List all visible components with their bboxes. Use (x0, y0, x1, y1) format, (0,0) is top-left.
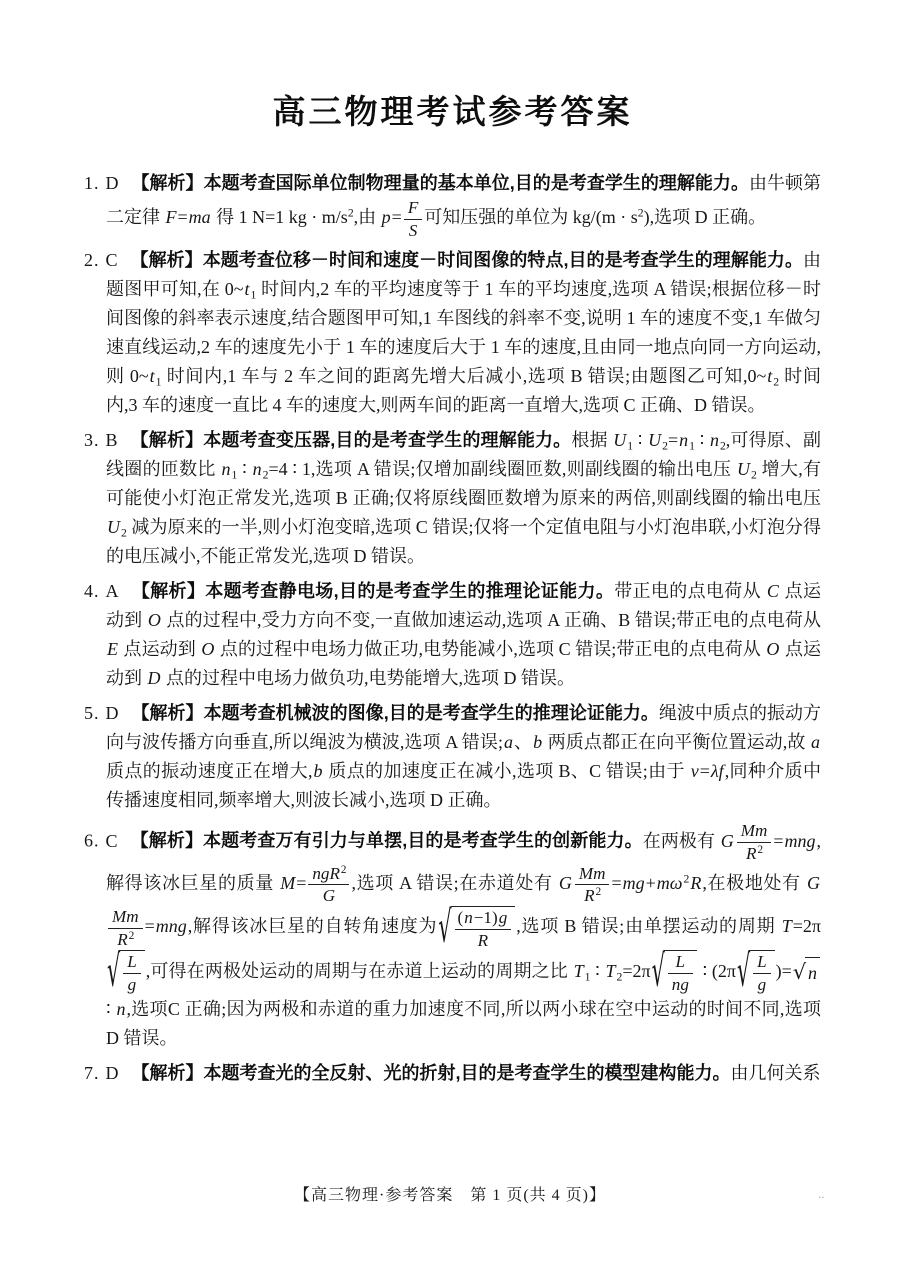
math-variable: F (407, 198, 419, 217)
document-page: 高三物理考试参考答案 1.D【解析】本题考查国际单位制物理量的基本单位,目的是考… (84, 0, 821, 1088)
square-root: √(n−1)gR (438, 906, 515, 950)
math-variable: G (558, 873, 573, 893)
item-analysis-lead: 【解析】本题考查变压器,目的是考查学生的理解能力。 (131, 430, 572, 450)
fraction: MmR2 (575, 864, 610, 906)
subscript: 1 (156, 376, 162, 389)
math-variable: C (766, 581, 780, 601)
subscript: 2 (662, 440, 668, 453)
math-variable: L (126, 952, 138, 971)
subscript: 1 (251, 289, 257, 302)
math-variable: R (689, 873, 702, 893)
math-variable: mng (155, 916, 188, 936)
answer-item: 2.C【解析】本题考查位移－时间和速度－时间图像的特点,目的是考查学生的理解能力… (84, 246, 821, 420)
scan-artifact: ‥ (818, 1190, 826, 1201)
answer-item: 6.C【解析】本题考查万有引力与单摆,目的是考查学生的创新能力。在两极有 GMm… (84, 821, 821, 1052)
math-variable: F (165, 207, 178, 227)
math-variable: n (678, 430, 689, 450)
math-variable: mg (622, 873, 646, 893)
item-answer: C (106, 250, 118, 270)
math-variable: v (690, 761, 700, 781)
radical-sign-icon: √ (737, 950, 750, 993)
subscript: 2 (751, 469, 757, 482)
superscript: 2 (341, 864, 347, 876)
math-variable: g (498, 908, 509, 927)
subscript: 1 (232, 469, 238, 482)
item-number: 7. (84, 1063, 100, 1083)
math-variable: R (745, 844, 757, 863)
item-analysis-lead: 【解析】本题考查机械波的图像,目的是考查学生的推理论证能力。 (132, 703, 659, 723)
math-variable: Mm (111, 907, 140, 926)
superscript: 2 (758, 844, 764, 856)
item-analysis-body: 根据 U1 ∶ U2=n1 ∶ n2,可得原、副线圈的匝数比 n1 ∶ n2=4… (106, 430, 821, 566)
answer-item: 5.D【解析】本题考查机械波的图像,目的是考查学生的推理论证能力。绳波中质点的振… (84, 699, 821, 815)
item-analysis-body: 由几何关系 (731, 1063, 821, 1083)
math-variable: n (221, 459, 232, 479)
math-variable: n (252, 459, 263, 479)
subscript: 2 (121, 527, 127, 540)
square-root: √Lng (652, 950, 697, 994)
item-answer: C (106, 831, 118, 851)
math-variable: U (106, 517, 121, 537)
math-variable: g (757, 975, 768, 994)
math-variable: G (806, 873, 821, 893)
item-analysis-body: 在两极有 GMmR2=mng,解得该冰巨星的质量 M=ngR2G,选项 A 错误… (106, 831, 821, 1048)
item-number: 5. (84, 703, 100, 723)
item-number: 2. (84, 250, 100, 270)
math-variable: b (313, 761, 324, 781)
math-variable: b (532, 732, 543, 752)
math-variable: U (647, 430, 662, 450)
math-variable: G (720, 831, 735, 851)
math-variable: O (200, 639, 215, 659)
math-variable: R (583, 886, 595, 905)
superscript: 2 (348, 207, 354, 220)
superscript: 2 (596, 886, 602, 898)
math-variable: O (765, 639, 780, 659)
subscript: 1 (585, 970, 591, 983)
math-variable: λf (710, 761, 725, 781)
math-variable: n (463, 908, 474, 927)
math-variable: mω (656, 873, 684, 893)
math-variable: a (810, 732, 821, 752)
item-analysis-lead: 【解析】本题考查位移－时间和速度－时间图像的特点,目的是考查学生的理解能力。 (131, 250, 803, 270)
radical-sign-icon: √ (652, 950, 665, 993)
subscript: 2 (616, 970, 622, 983)
answer-item: 3.B【解析】本题考查变压器,目的是考查学生的理解能力。根据 U1 ∶ U2=n… (84, 426, 821, 571)
item-answer: A (106, 581, 119, 601)
page-title: 高三物理考试参考答案 (84, 86, 821, 133)
math-variable: t (244, 279, 251, 299)
math-variable: T (604, 961, 616, 981)
math-variable: a (503, 732, 514, 752)
math-variable: E (106, 639, 119, 659)
subscript: 2 (720, 440, 726, 453)
math-variable: D (147, 668, 162, 688)
math-variable: p (381, 207, 392, 227)
square-root: √Lg (737, 950, 775, 994)
math-variable: t (149, 366, 156, 386)
item-number: 3. (84, 430, 100, 450)
subscript: 1 (689, 440, 695, 453)
math-variable: ng (671, 975, 690, 994)
answer-item: 7.D【解析】本题考查光的全反射、光的折射,目的是考查学生的模型建构能力。由几何… (84, 1059, 821, 1088)
answer-item: 1.D【解析】本题考查国际单位制物理量的基本单位,目的是考查学生的理解能力。由牛… (84, 169, 821, 240)
radical-sign-icon: √ (107, 950, 120, 993)
page-footer: 【高三物理·参考答案 第 1 页(共 4 页)】 (0, 1182, 900, 1205)
math-variable: g (127, 975, 138, 994)
math-variable: Mm (578, 864, 607, 883)
math-variable: n (807, 963, 818, 983)
fraction: MmR2 (108, 907, 143, 949)
square-root: √Lg (107, 950, 145, 994)
item-analysis-lead: 【解析】本题考查国际单位制物理量的基本单位,目的是考查学生的理解能力。 (132, 173, 749, 193)
item-number: 6. (84, 831, 100, 851)
math-variable: ngR (311, 864, 341, 883)
math-variable: S (408, 221, 419, 240)
fraction: FS (404, 198, 422, 240)
math-variable: Mm (740, 821, 769, 840)
superscript: 2 (638, 207, 644, 220)
fraction: Lg (753, 952, 771, 994)
fraction: Lg (123, 952, 141, 994)
fraction: Lng (668, 952, 693, 994)
math-variable: O (147, 610, 162, 630)
item-answer: B (106, 430, 118, 450)
superscript: 2 (129, 929, 135, 941)
math-variable: G (322, 886, 336, 905)
subscript: 1 (627, 440, 633, 453)
answer-list: 1.D【解析】本题考查国际单位制物理量的基本单位,目的是考查学生的理解能力。由牛… (84, 169, 821, 1088)
fraction: (n−1)gR (455, 908, 512, 950)
math-variable: L (756, 952, 768, 971)
item-analysis-lead: 【解析】本题考查光的全反射、光的折射,目的是考查学生的模型建构能力。 (132, 1063, 731, 1083)
item-analysis-lead: 【解析】本题考查万有引力与单摆,目的是考查学生的创新能力。 (131, 831, 643, 851)
math-variable: mng (784, 831, 817, 851)
item-number: 4. (84, 581, 100, 601)
item-answer: D (106, 1063, 119, 1083)
math-variable: T (781, 916, 793, 936)
answer-item: 4.A【解析】本题考查静电场,目的是考查学生的推理论证能力。带正电的点电荷从 C… (84, 577, 821, 693)
item-answer: D (106, 703, 119, 723)
fraction: ngR2G (308, 864, 349, 906)
math-variable: ma (188, 207, 212, 227)
math-variable: M (279, 873, 296, 893)
radical-sign-icon: √ (438, 905, 451, 948)
item-analysis-lead: 【解析】本题考查静电场,目的是考查学生的推理论证能力。 (132, 581, 615, 601)
fraction: MmR2 (737, 821, 772, 863)
math-variable: U (736, 459, 751, 479)
math-variable: T (573, 961, 585, 981)
math-variable: U (612, 430, 627, 450)
math-variable: n (709, 430, 720, 450)
math-variable: L (675, 952, 687, 971)
math-variable: R (477, 931, 489, 950)
math-variable: n (115, 999, 126, 1019)
item-answer: D (106, 173, 119, 193)
square-root: √n (793, 957, 820, 988)
subscript: 2 (263, 469, 269, 482)
item-analysis-body: 由题图甲可知,在 0~t1 时间内,2 车的平均速度等于 1 车的平均速度,选项… (106, 250, 821, 415)
subscript: 2 (773, 376, 779, 389)
item-number: 1. (84, 173, 100, 193)
